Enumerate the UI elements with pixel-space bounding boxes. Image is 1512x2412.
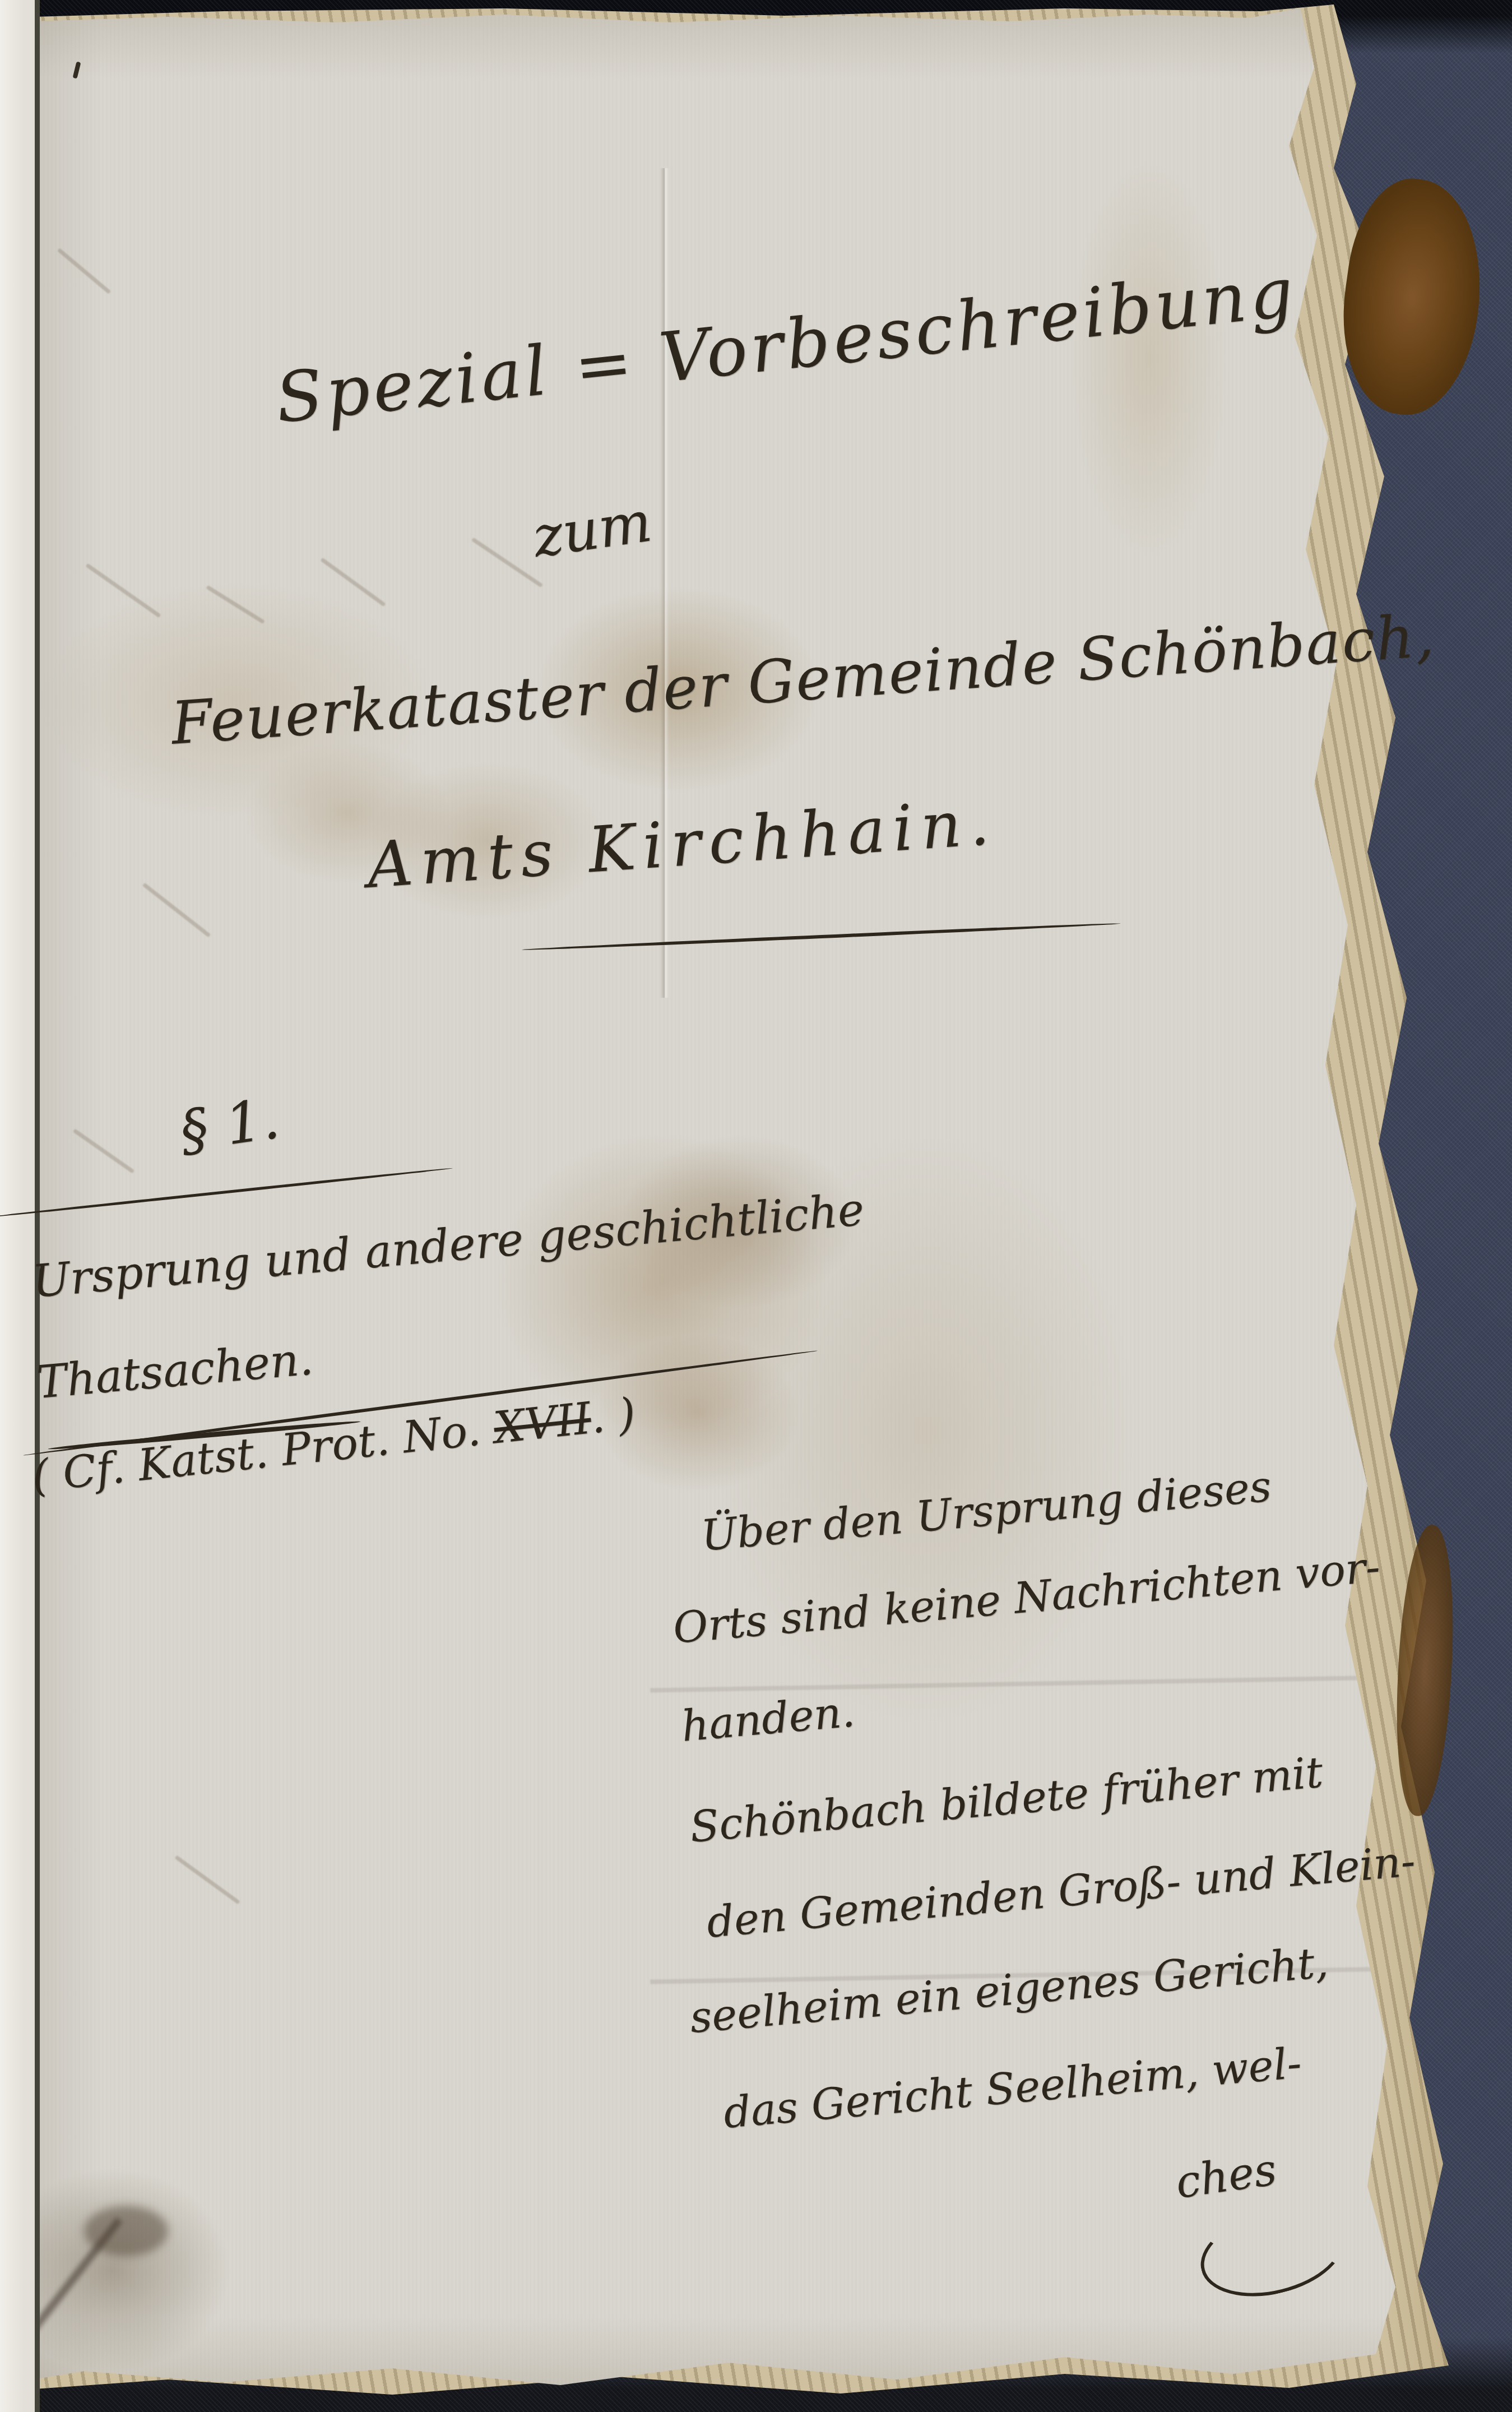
title-underline-flourish xyxy=(521,922,1120,952)
section-underline-flourish xyxy=(0,1167,453,1219)
catchword: ches xyxy=(1172,2145,1279,2209)
body-line: das Gericht Seelheim, wel- xyxy=(721,2038,1303,2138)
body-line: Über den Ursprung dieses xyxy=(699,1461,1273,1561)
title-line-3: Feuerkataster der Gemeinde Schönbach, xyxy=(169,601,1436,758)
title-line-1: Spezial = Vorbeschreibung xyxy=(272,252,1300,438)
body-line: Orts sind keine Nachrichten vor- xyxy=(671,1541,1382,1653)
handwriting-layer: Spezial = Vorbeschreibung zum Feuerkatas… xyxy=(0,0,1512,2412)
register-reference-numeral: XVII xyxy=(491,1394,593,1454)
heading-line-1: Ursprung und andere geschichtliche xyxy=(30,1183,866,1308)
title-line-4: Amts Kirchhain. xyxy=(365,786,999,902)
body-line: den Gemeinden Groß- und Klein- xyxy=(704,1836,1417,1947)
register-reference-suffix: . ) xyxy=(588,1388,638,1443)
title-line-2: zum xyxy=(529,489,656,570)
register-reference: ( Cf. Katst. Prot. No. XVII. ) xyxy=(30,1388,638,1502)
section-mark: § 1. xyxy=(176,1085,284,1164)
body-line: handen. xyxy=(679,1686,857,1751)
body-line: seelheim ein eigenes Gericht, xyxy=(688,1937,1330,2043)
archival-photo: Spezial = Vorbeschreibung zum Feuerkatas… xyxy=(0,0,1512,2412)
catchword-flourish xyxy=(1191,2195,1354,2310)
register-reference-prefix: ( Cf. Katst. Prot. No. xyxy=(30,1404,497,1502)
heading-line-2: Thatsachen. xyxy=(35,1332,315,1409)
body-line: Schönbach bildete früher mit xyxy=(688,1747,1325,1852)
